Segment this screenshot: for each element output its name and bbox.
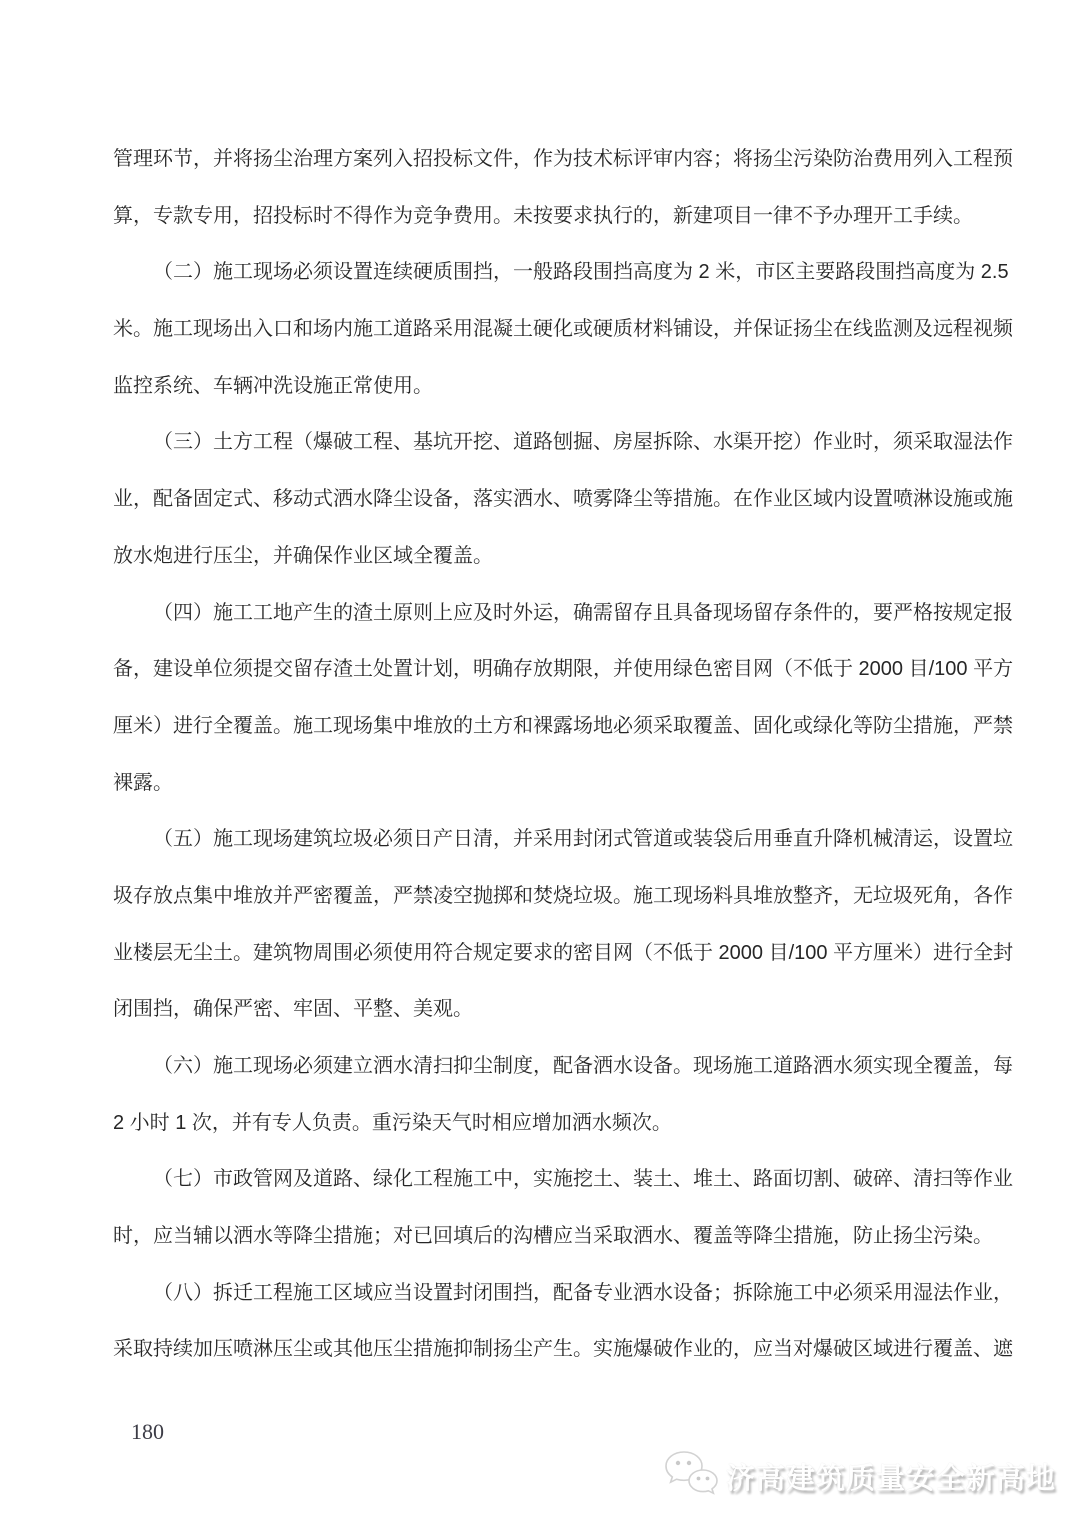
wechat-icon [662,1448,718,1505]
document-line: 管理环节，并将扬尘治理方案列入招投标文件，作为技术标评审内容；将扬尘污染防治费用… [113,131,1025,188]
document-line: 厘米）进行全覆盖。施工现场集中堆放的土方和裸露场地必须采取覆盖、固化或绿化等防尘… [113,698,1025,755]
document-line: （二）施工现场必须设置连续硬质围挡，一般路段围挡高度为 2 米，市区主要路段围挡… [113,244,1025,301]
document-line: （三）土方工程（爆破工程、基坑开挖、道路刨掘、房屋拆除、水渠开挖）作业时，须采取… [113,414,1025,471]
document-line: 圾存放点集中堆放并严密覆盖，严禁凌空抛掷和焚烧垃圾。施工现场料具堆放整齐，无垃圾… [113,868,1025,925]
footer-watermark: 济高建筑质量安全新高地 [662,1448,1056,1504]
document-line: 闭围挡，确保严密、牢固、平整、美观。 [113,981,1025,1038]
document-line: 业，配备固定式、移动式洒水降尘设备，落实洒水、喷雾降尘等措施。在作业区域内设置喷… [113,471,1025,528]
document-line: 监控系统、车辆冲洗设施正常使用。 [113,358,1025,415]
document-page: 管理环节，并将扬尘治理方案列入招投标文件，作为技术标评审内容；将扬尘污染防治费用… [0,0,1080,1527]
document-line: 算，专款专用，招投标时不得作为竞争费用。未按要求执行的，新建项目一律不予办理开工… [113,188,1025,245]
document-line: （四）施工工地产生的渣土原则上应及时外运，确需留存且具备现场留存条件的，要严格按… [113,585,1025,642]
document-line: （八）拆迁工程施工区域应当设置封闭围挡，配备专业洒水设备；拆除施工中必须采用湿法… [113,1265,1025,1322]
document-body-text: 管理环节，并将扬尘治理方案列入招投标文件，作为技术标评审内容；将扬尘污染防治费用… [113,131,1025,1378]
document-line: 备，建设单位须提交留存渣土处置计划，明确存放期限，并使用绿色密目网（不低于 20… [113,641,1025,698]
document-line: （六）施工现场必须建立洒水清扫抑尘制度，配备洒水设备。现场施工道路洒水须实现全覆… [113,1038,1025,1095]
document-line: 裸露。 [113,755,1025,812]
document-line: 时，应当辅以洒水等降尘措施；对已回填后的沟槽应当采取洒水、覆盖等降尘措施，防止扬… [113,1208,1025,1265]
document-line: 业楼层无尘土。建筑物周围必须使用符合规定要求的密目网（不低于 2000 目/10… [113,925,1025,982]
document-line: （七）市政管网及道路、绿化工程施工中，实施挖土、装土、堆土、路面切割、破碎、清扫… [113,1151,1025,1208]
document-line: 米。施工现场出入口和场内施工道路采用混凝土硬化或硬质材料铺设，并保证扬尘在线监测… [113,301,1025,358]
document-line: 2 小时 1 次，并有专人负责。重污染天气时相应增加洒水频次。 [113,1095,1025,1152]
watermark-text: 济高建筑质量安全新高地 [726,1456,1056,1497]
page-number: 180 [131,1419,164,1445]
document-line: 采取持续加压喷淋压尘或其他压尘措施抑制扬尘产生。实施爆破作业的，应当对爆破区域进… [113,1321,1025,1378]
document-line: （五）施工现场建筑垃圾必须日产日清，并采用封闭式管道或装袋后用垂直升降机械清运，… [113,811,1025,868]
document-line: 放水炮进行压尘，并确保作业区域全覆盖。 [113,528,1025,585]
